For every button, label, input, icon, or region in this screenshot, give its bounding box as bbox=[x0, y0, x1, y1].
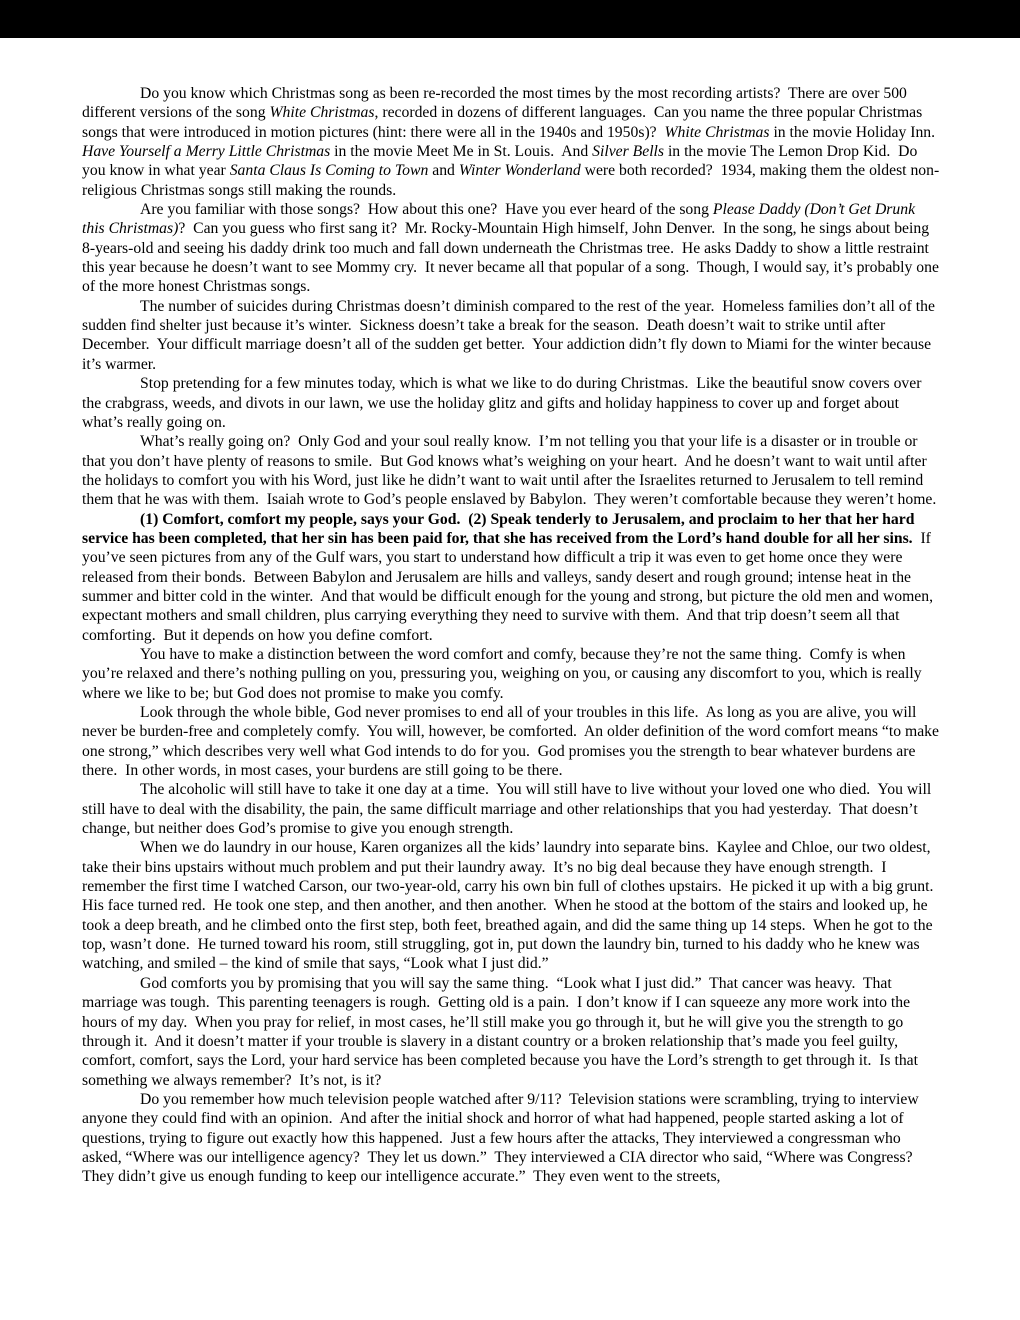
text-run: The number of suicides during Christmas … bbox=[82, 298, 939, 373]
paragraph: The alcoholic will still have to take it… bbox=[82, 780, 940, 838]
text-run: in the movie Holiday Inn. bbox=[770, 124, 943, 141]
text-run: in the movie Meet Me in St. Louis. And bbox=[330, 143, 592, 160]
paragraph: When we do laundry in our house, Karen o… bbox=[82, 838, 940, 973]
paragraph: Do you know which Christmas song as been… bbox=[82, 84, 940, 200]
text-run: Santa Claus Is Coming to Town bbox=[230, 162, 429, 179]
document-page: Do you know which Christmas song as been… bbox=[0, 0, 1020, 1320]
text-run: Silver Bells bbox=[592, 143, 664, 160]
text-run: Do you remember how much television peop… bbox=[82, 1091, 923, 1185]
text-run: Stop pretending for a few minutes today,… bbox=[82, 375, 925, 431]
text-run: When we do laundry in our house, Karen o… bbox=[82, 839, 941, 972]
text-run: and bbox=[428, 162, 459, 179]
text-run: ? Can you guess who first sang it? Mr. R… bbox=[82, 220, 943, 295]
text-run: What’s really going on? Only God and you… bbox=[82, 433, 936, 508]
text-run: Have Yourself a Merry Little Christmas bbox=[82, 143, 330, 160]
text-run: Are you familiar with those songs? How a… bbox=[140, 201, 713, 218]
text-run: You have to make a distinction between t… bbox=[82, 646, 925, 702]
paragraph: Do you remember how much television peop… bbox=[82, 1090, 940, 1187]
paragraph: You have to make a distinction between t… bbox=[82, 645, 940, 703]
paragraph: God comforts you by promising that you w… bbox=[82, 974, 940, 1090]
paragraph: Are you familiar with those songs? How a… bbox=[82, 200, 940, 297]
text-run: God comforts you by promising that you w… bbox=[82, 975, 922, 1089]
text-run: White Christmas bbox=[269, 104, 374, 121]
paragraph: Look through the whole bible, God never … bbox=[82, 703, 940, 780]
text-run: Winter Wonderland bbox=[459, 162, 581, 179]
text-run: Look through the whole bible, God never … bbox=[82, 704, 943, 779]
paragraph: The number of suicides during Christmas … bbox=[82, 297, 940, 374]
text-run: The alcoholic will still have to take it… bbox=[82, 781, 935, 837]
paragraph: What’s really going on? Only God and you… bbox=[82, 432, 940, 509]
document-body: Do you know which Christmas song as been… bbox=[82, 84, 940, 1187]
text-run: (1) Comfort, comfort my people, says you… bbox=[82, 511, 918, 547]
paragraph: Stop pretending for a few minutes today,… bbox=[82, 374, 940, 432]
top-bar bbox=[0, 0, 1020, 38]
paragraph: (1) Comfort, comfort my people, says you… bbox=[82, 510, 940, 645]
text-run: White Christmas bbox=[664, 124, 769, 141]
